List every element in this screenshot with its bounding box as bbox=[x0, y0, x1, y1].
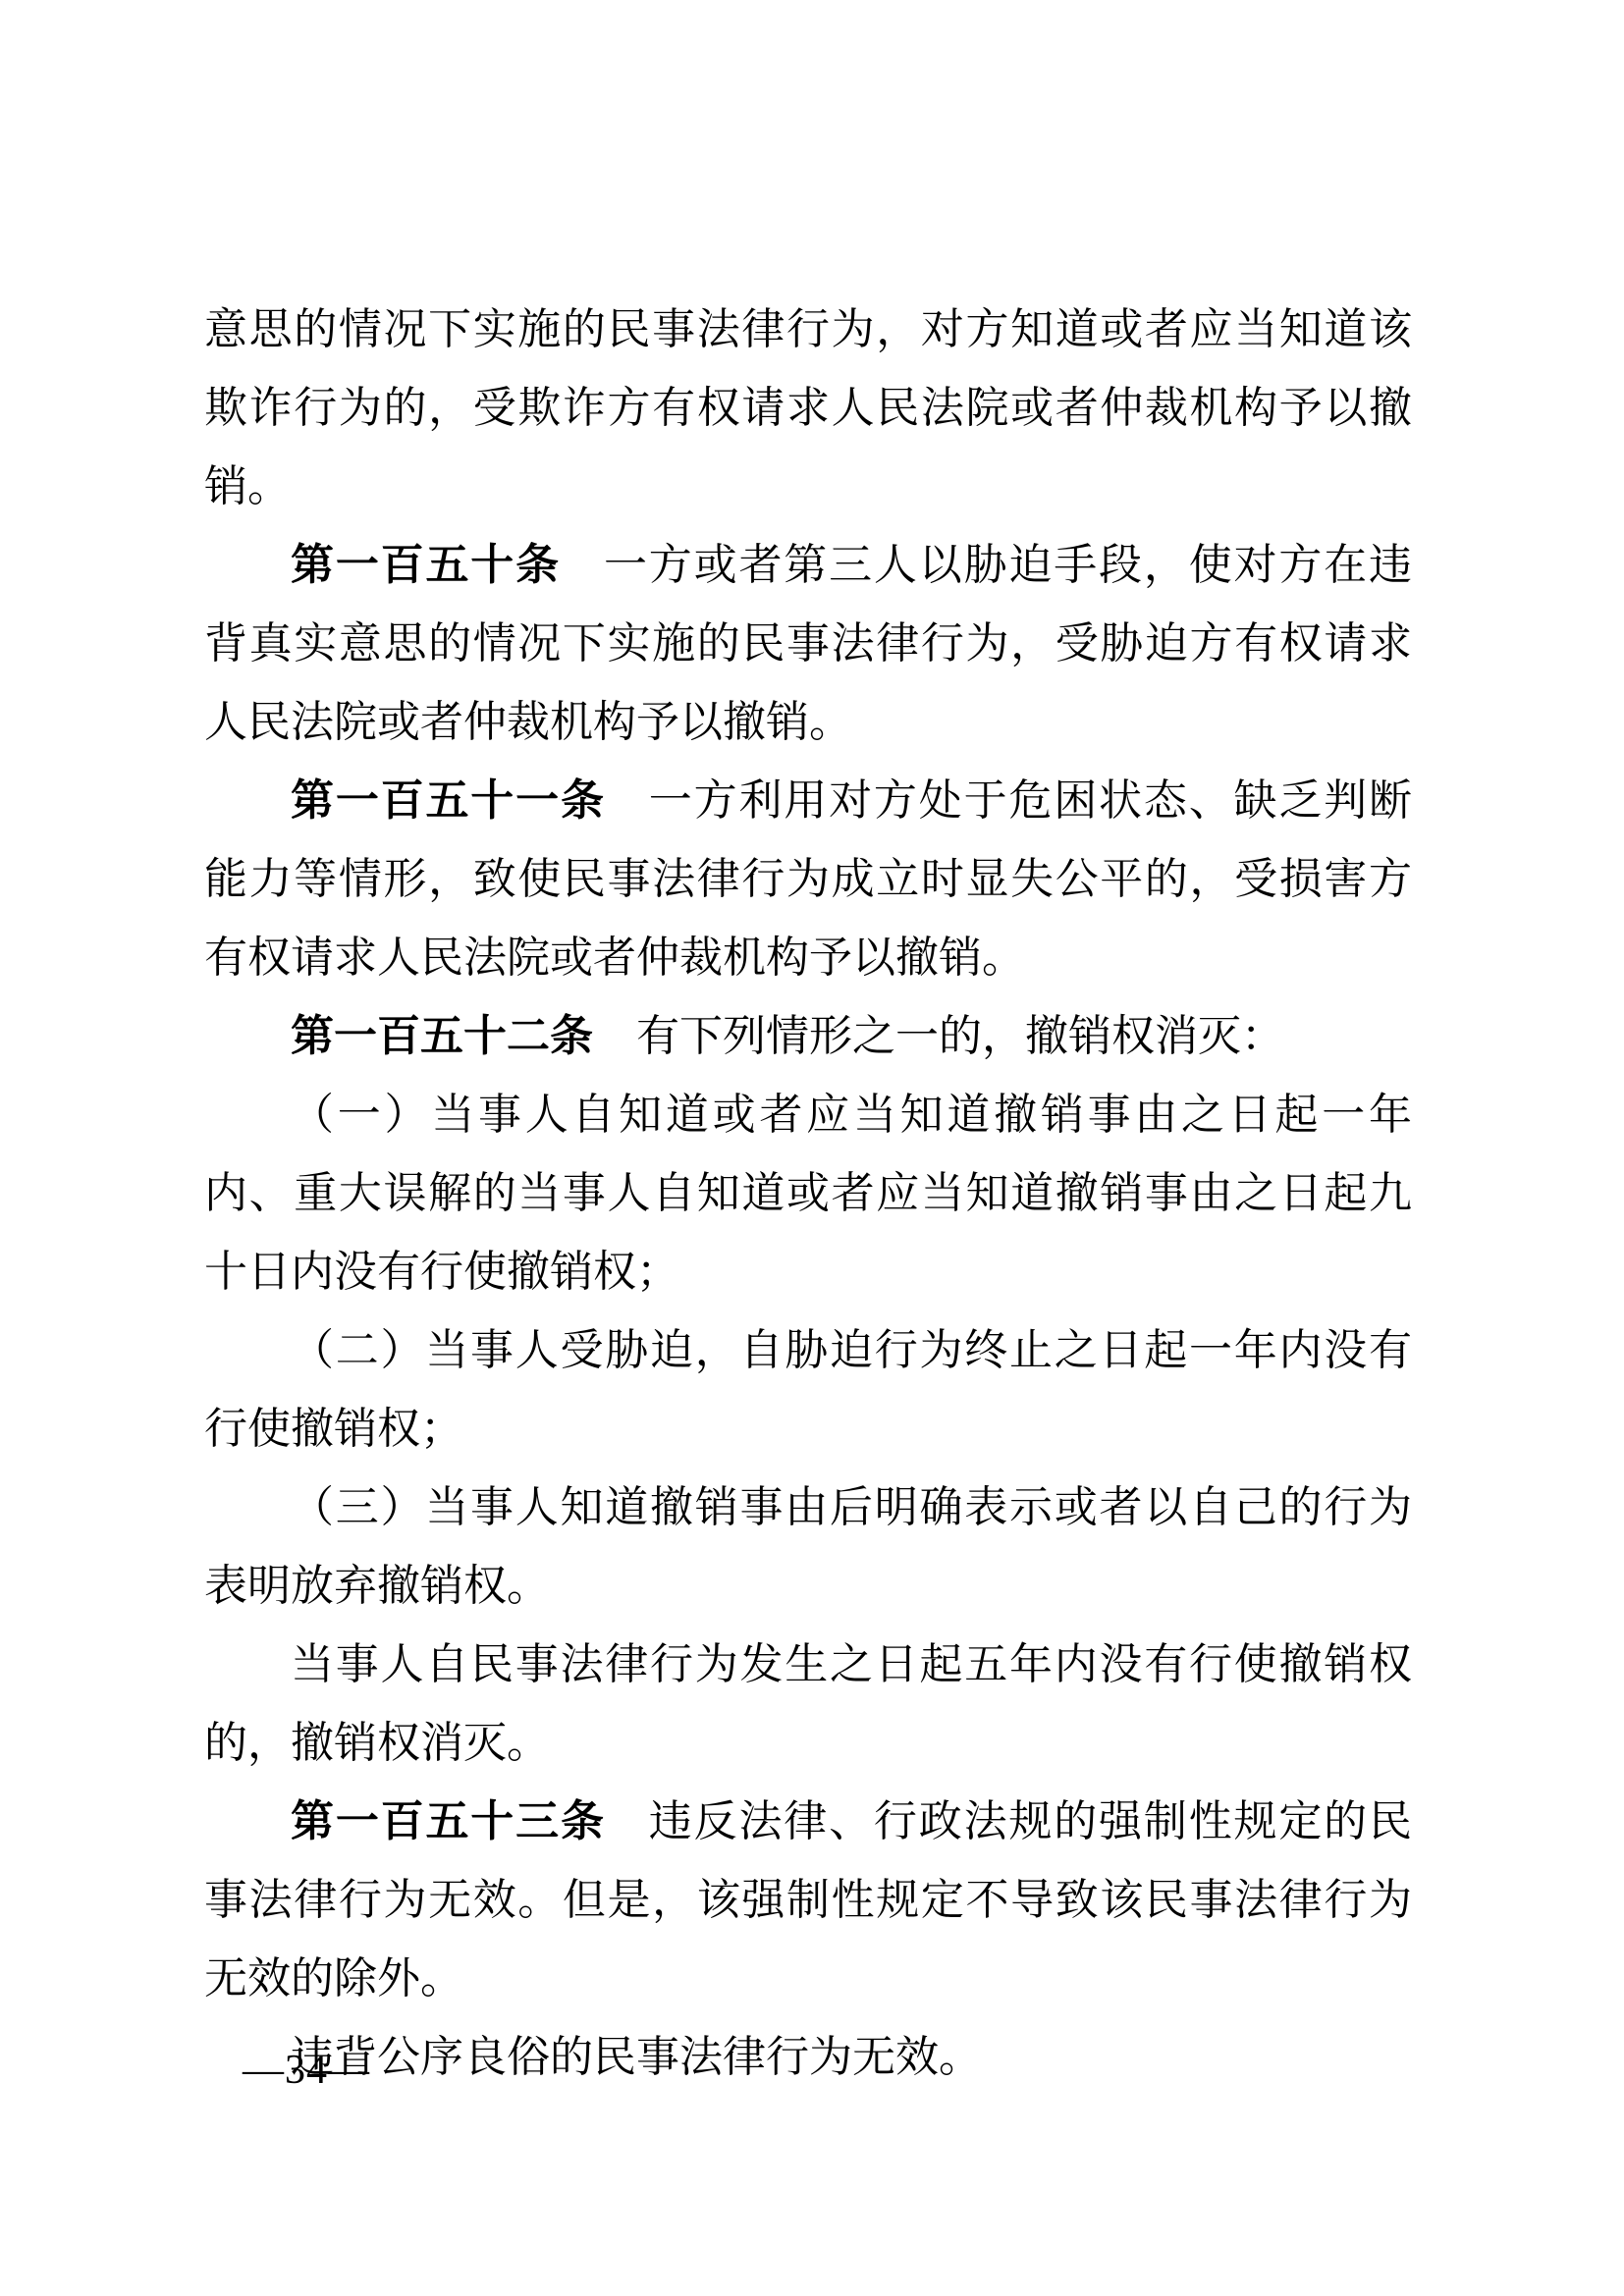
paragraph: （三）当事人知道撤销事由后明确表示或者以自己的行为表明放弃撤销权。 bbox=[204, 1468, 1412, 1626]
body-text: （三）当事人知道撤销事由后明确表示或者以自己的行为表明放弃撤销权。 bbox=[204, 1483, 1412, 1610]
article-number: 第一百五十三条 bbox=[291, 1797, 606, 1845]
paragraph: 违背公序良俗的民事法律行为无效。 bbox=[204, 2018, 1412, 2097]
paragraph: 第一百五十一条一方利用对方处于危困状态、缺乏判断能力等情形，致使民事法律行为成立… bbox=[204, 762, 1412, 997]
page-number: —34— bbox=[243, 2048, 370, 2093]
article-number: 第一百五十一条 bbox=[291, 776, 606, 825]
document-page: 意思的情况下实施的民事法律行为，对方知道或者应当知道该欺诈行为的，受欺诈方有权请… bbox=[0, 0, 1624, 2296]
body-text: 违背公序良俗的民事法律行为无效。 bbox=[291, 2033, 982, 2081]
body-text: 有下列情形之一的，撤销权消灭： bbox=[636, 1012, 1284, 1060]
document-body: 意思的情况下实施的民事法律行为，对方知道或者应当知道该欺诈行为的，受欺诈方有权请… bbox=[204, 291, 1412, 2097]
paragraph: 第一百五十条一方或者第三人以胁迫手段，使对方在违背真实意思的情况下实施的民事法律… bbox=[204, 526, 1412, 762]
body-text: （一）当事人自知道或者应当知道撤销事由之日起一年内、重大误解的当事人自知道或者应… bbox=[204, 1091, 1412, 1296]
body-text: （二）当事人受胁迫，自胁迫行为终止之日起一年内没有行使撤销权； bbox=[204, 1326, 1412, 1453]
paragraph: （一）当事人自知道或者应当知道撤销事由之日起一年内、重大误解的当事人自知道或者应… bbox=[204, 1076, 1412, 1311]
paragraph: （二）当事人受胁迫，自胁迫行为终止之日起一年内没有行使撤销权； bbox=[204, 1311, 1412, 1468]
paragraph: 当事人自民事法律行为发生之日起五年内没有行使撤销权的，撤销权消灭。 bbox=[204, 1626, 1412, 1783]
paragraph: 第一百五十三条违反法律、行政法规的强制性规定的民事法律行为无效。但是，该强制性规… bbox=[204, 1783, 1412, 2018]
article-number: 第一百五十二条 bbox=[291, 1012, 593, 1060]
paragraph: 第一百五十二条有下列情形之一的，撤销权消灭： bbox=[204, 997, 1412, 1076]
body-text: 当事人自民事法律行为发生之日起五年内没有行使撤销权的，撤销权消灭。 bbox=[204, 1640, 1412, 1767]
paragraph: 意思的情况下实施的民事法律行为，对方知道或者应当知道该欺诈行为的，受欺诈方有权请… bbox=[204, 291, 1412, 526]
article-number: 第一百五十条 bbox=[291, 541, 561, 589]
body-text: 意思的情况下实施的民事法律行为，对方知道或者应当知道该欺诈行为的，受欺诈方有权请… bbox=[204, 305, 1412, 510]
